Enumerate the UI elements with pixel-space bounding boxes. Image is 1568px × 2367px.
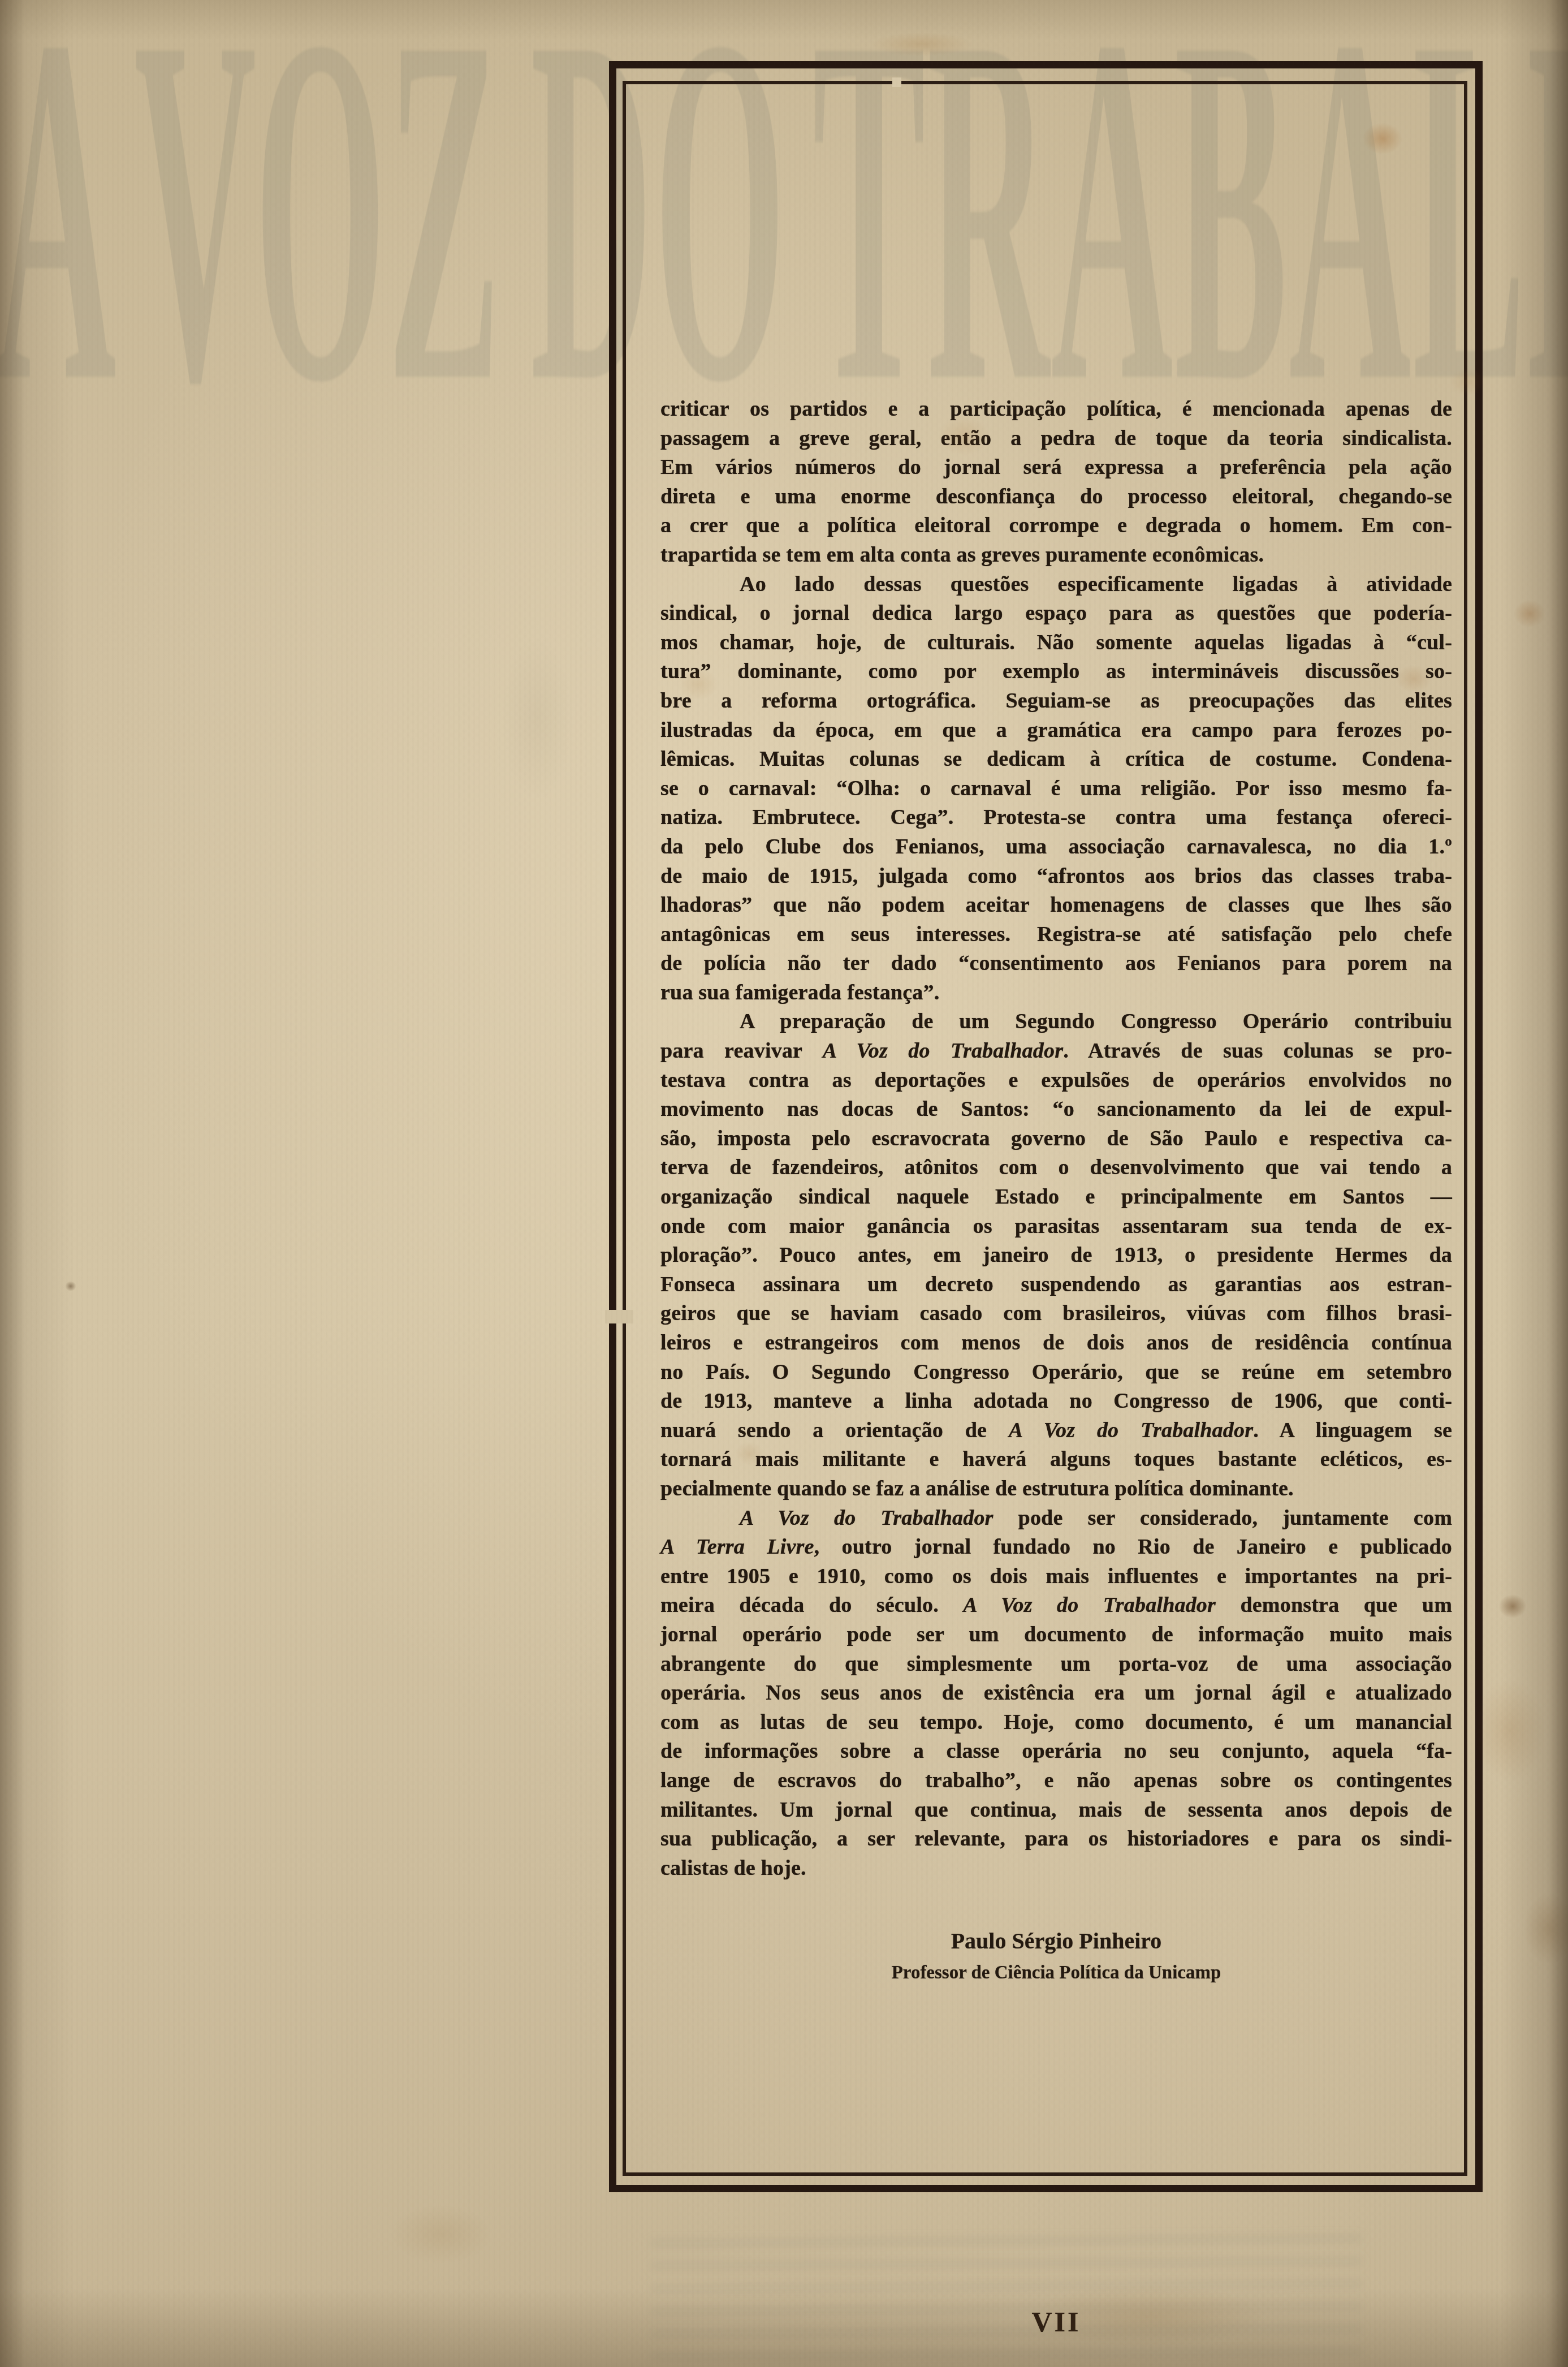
border-gap-top [892, 77, 901, 87]
text-line: lhadoras” que não podem aceitar homenage… [660, 891, 1452, 920]
text-line: movimento nas docas de Santos: “o sancio… [660, 1095, 1452, 1124]
text-line: direta e uma enorme desconfiança do proc… [660, 482, 1452, 512]
text-line: para reavivar A Voz do Trabalhador. Atra… [660, 1037, 1452, 1066]
text-line: tornará mais militante e haverá alguns t… [660, 1445, 1452, 1474]
text-line: operária. Nos seus anos de existência er… [660, 1679, 1452, 1708]
text-line: se o carnaval: “Olha: o carnaval é uma r… [660, 774, 1452, 804]
text-line: de informações sobre a classe operária n… [660, 1737, 1452, 1766]
text-line: bre a reforma ortográfica. Seguiam-se as… [660, 687, 1452, 716]
text-line: Ao lado dessas questões especificamente … [660, 570, 1452, 600]
text-line: de polícia não ter dado “consentimento a… [660, 949, 1452, 978]
text-line: geiros que se haviam casado com brasilei… [660, 1299, 1452, 1329]
bleed-through-text-bottom [650, 2235, 1363, 2361]
stain [486, 600, 588, 837]
text-line: abrangente do que simplesmente um porta-… [660, 1650, 1452, 1679]
text-line: organização sindical naquele Estado e pr… [660, 1183, 1452, 1212]
text-line: A preparação de um Segundo Congresso Ope… [660, 1007, 1452, 1037]
article-text: criticar os partidos e a participação po… [660, 395, 1452, 1883]
text-line: militantes. Um jornal que continua, mais… [660, 1796, 1452, 1825]
text-line: rua sua famigerada festança”. [660, 978, 1452, 1008]
text-line: calistas de hoje. [660, 1854, 1452, 1883]
scanned-book-page: A VOZ DO TRABALHADOR criticar os partido… [0, 0, 1568, 2367]
text-line: são, imposta pelo escravocrata governo d… [660, 1124, 1452, 1154]
stain [1513, 1878, 1568, 1980]
text-line: no País. O Segundo Congresso Operário, q… [660, 1358, 1452, 1387]
text-line: A Terra Livre, outro jornal fundado no R… [660, 1533, 1452, 1562]
text-line: ilustradas da época, em que a gramática … [660, 716, 1452, 745]
signature-block: Paulo Sérgio Pinheiro Professor de Ciênc… [660, 1928, 1452, 1984]
text-line: A Voz do Trabalhador pode ser considerad… [660, 1504, 1452, 1533]
text-line: pecialmente quando se faz a análise de e… [660, 1474, 1452, 1504]
text-line: testava contra as deportações e expulsõe… [660, 1066, 1452, 1096]
text-line: sindical, o jornal dedica largo espaço p… [660, 599, 1452, 628]
page-number: VII [660, 2305, 1452, 2338]
text-line: lange de escravos do trabalho”, e não ap… [660, 1766, 1452, 1796]
text-line: lêmicas. Muitas colunas se dedicam à crí… [660, 745, 1452, 774]
text-line: sua publicação, a ser relevante, para os… [660, 1825, 1452, 1854]
text-line: leiros e estrangeiros com menos de dois … [660, 1329, 1452, 1358]
text-line: ploração”. Pouco antes, em janeiro de 19… [660, 1241, 1452, 1270]
stain [1493, 1589, 1532, 1623]
signature-name: Paulo Sérgio Pinheiro [660, 1928, 1452, 1955]
stain [63, 1279, 78, 1293]
text-line: Em vários números do jornal será express… [660, 453, 1452, 482]
text-line: antagônicas em seus interesses. Registra… [660, 920, 1452, 950]
text-line: passagem a greve geral, então a pedra de… [660, 424, 1452, 454]
text-line: a crer que a política eleitoral corrompe… [660, 511, 1452, 541]
text-line: trapartida se tem em alta conta as greve… [660, 541, 1452, 570]
text-line: natiza. Embrutece. Cega”. Protesta-se co… [660, 803, 1452, 833]
text-line: meira década do século. A Voz do Trabalh… [660, 1591, 1452, 1620]
text-line: tura” dominante, como por exemplo as int… [660, 657, 1452, 687]
text-line: nuará sendo a orientação de A Voz do Tra… [660, 1416, 1452, 1446]
border-gap-left [605, 1310, 633, 1323]
text-line: terva de fazendeiros, atônitos com o des… [660, 1153, 1452, 1183]
text-line: com as lutas de seu tempo. Hoje, como do… [660, 1708, 1452, 1737]
stain [1507, 594, 1552, 633]
text-line: Fonseca assinara um decreto suspendendo … [660, 1270, 1452, 1300]
text-line: da pelo Clube dos Fenianos, uma associaç… [660, 833, 1452, 862]
signature-title: Professor de Ciência Política da Unicamp [660, 1961, 1452, 1984]
text-line: onde com maior ganância os parasitas ass… [660, 1212, 1452, 1241]
text-line: entre 1905 e 1910, como os dois mais inf… [660, 1562, 1452, 1592]
text-line: de 1913, manteve a linha adotada no Cong… [660, 1387, 1452, 1416]
text-line: criticar os partidos e a participação po… [660, 395, 1452, 424]
text-line: mos chamar, hoje, de culturais. Não some… [660, 628, 1452, 658]
text-line: de maio de 1915, julgada como “afrontos … [660, 862, 1452, 891]
stain [373, 2194, 509, 2274]
text-line: jornal operário pode ser um documento de… [660, 1620, 1452, 1650]
